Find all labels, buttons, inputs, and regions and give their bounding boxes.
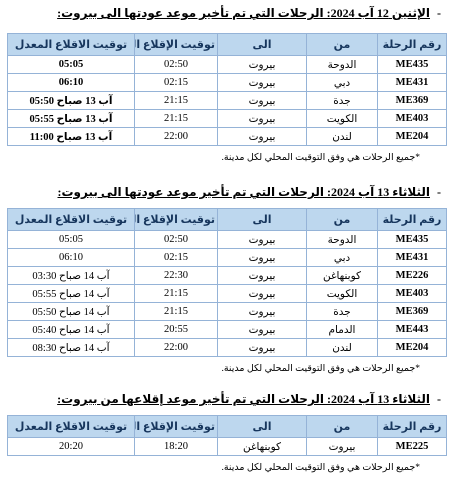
destination-cell: بيروت <box>218 339 307 357</box>
origin-cell: الكويت <box>307 285 378 303</box>
flight-number-cell: ME225 <box>378 438 447 456</box>
destination-cell: بيروت <box>218 74 307 92</box>
table-row: ME403الكويتبيروت21:15آب 14 صباح 05:55 <box>8 285 447 303</box>
flight-number-cell: ME369 <box>378 303 447 321</box>
section: -الإثنين 12 آب 2024: الرحلات التي تم تأخ… <box>0 6 450 164</box>
previous-time-cell: 02:15 <box>135 249 218 267</box>
previous-time-cell: 02:50 <box>135 231 218 249</box>
table-row: ME225بيروتكوبنهاغن18:2020:20 <box>8 438 447 456</box>
modified-time-cell: آب 14 صباح 08:30 <box>8 339 135 357</box>
destination-cell: بيروت <box>218 128 307 146</box>
modified-time-cell: آب 14 صباح 05:55 <box>8 285 135 303</box>
header-cell-modified-time: توقيت الاقلاع المعدل <box>8 34 135 56</box>
table-footnote: *جميع الرحلات هي وفق التوقيت المحلي لكل … <box>0 462 420 474</box>
modified-time-cell: آب 13 صباح 05:50 <box>8 92 135 110</box>
table-head: رقم الرحلةمنالىتوقيت الإقلاع السابقتوقيت… <box>8 209 447 231</box>
section-heading: -الثلاثاء 13 آب 2024: الرحلات التي تم تأ… <box>0 392 441 407</box>
table-row: ME435الدوحةبيروت02:5005:05 <box>8 56 447 74</box>
header-cell-destination: الى <box>218 209 307 231</box>
table-row: ME204لندنبيروت22:00آب 14 صباح 08:30 <box>8 339 447 357</box>
table-row: ME431دبيبيروت02:1506:10 <box>8 249 447 267</box>
flight-table: رقم الرحلةمنالىتوقيت الإقلاع السابقتوقيت… <box>7 33 447 146</box>
modified-time-cell: آب 14 صباح 05:40 <box>8 321 135 339</box>
previous-time-cell: 21:15 <box>135 92 218 110</box>
table-row: ME431دبيبيروت02:1506:10 <box>8 74 447 92</box>
table-row: ME204لندنبيروت22:00آب 13 صباح 11:00 <box>8 128 447 146</box>
origin-cell: لندن <box>307 128 378 146</box>
flight-number-cell: ME431 <box>378 74 447 92</box>
header-cell-flight-number: رقم الرحلة <box>378 34 447 56</box>
destination-cell: بيروت <box>218 303 307 321</box>
destination-cell: بيروت <box>218 231 307 249</box>
modified-time-cell: 20:20 <box>8 438 135 456</box>
modified-time-cell: آب 14 صباح 05:50 <box>8 303 135 321</box>
destination-cell: بيروت <box>218 92 307 110</box>
flight-number-cell: ME403 <box>378 110 447 128</box>
section-heading-text: الإثنين 12 آب 2024: الرحلات التي تم تأخي… <box>57 6 430 20</box>
header-cell-origin: من <box>307 416 378 438</box>
section-heading: -الإثنين 12 آب 2024: الرحلات التي تم تأخ… <box>0 6 441 21</box>
previous-time-cell: 21:15 <box>135 110 218 128</box>
previous-time-cell: 22:00 <box>135 128 218 146</box>
header-cell-destination: الى <box>218 34 307 56</box>
table-body: ME435الدوحةبيروت02:5005:05ME431دبيبيروت0… <box>8 56 447 146</box>
table-header-row: رقم الرحلةمنالىتوقيت الإقلاع السابقتوقيت… <box>8 209 447 231</box>
section: -الثلاثاء 13 آب 2024: الرحلات التي تم تأ… <box>0 185 450 375</box>
origin-cell: بيروت <box>307 438 378 456</box>
header-cell-origin: من <box>307 34 378 56</box>
previous-time-cell: 22:30 <box>135 267 218 285</box>
modified-time-cell: آب 13 صباح 11:00 <box>8 128 135 146</box>
flight-number-cell: ME435 <box>378 56 447 74</box>
section: -الثلاثاء 13 آب 2024: الرحلات التي تم تأ… <box>0 392 450 474</box>
previous-time-cell: 22:00 <box>135 339 218 357</box>
table-footnote: *جميع الرحلات هي وفق التوقيت المحلي لكل … <box>0 152 420 164</box>
previous-time-cell: 02:50 <box>135 56 218 74</box>
previous-time-cell: 21:15 <box>135 303 218 321</box>
flight-number-cell: ME435 <box>378 231 447 249</box>
origin-cell: لندن <box>307 339 378 357</box>
origin-cell: الكويت <box>307 110 378 128</box>
previous-time-cell: 21:15 <box>135 285 218 303</box>
header-cell-modified-time: توقيت الاقلاع المعدل <box>8 209 135 231</box>
header-cell-previous-time: توقيت الإقلاع السابق <box>135 34 218 56</box>
document-page: -الإثنين 12 آب 2024: الرحلات التي تم تأخ… <box>0 6 450 484</box>
origin-cell: الدوحة <box>307 56 378 74</box>
origin-cell: جدة <box>307 303 378 321</box>
previous-time-cell: 18:20 <box>135 438 218 456</box>
destination-cell: بيروت <box>218 110 307 128</box>
header-cell-previous-time: توقيت الإقلاع السابق <box>135 416 218 438</box>
table-header-row: رقم الرحلةمنالىتوقيت الإقلاع السابقتوقيت… <box>8 34 447 56</box>
table-row: ME369جدةبيروت21:15آب 13 صباح 05:50 <box>8 92 447 110</box>
destination-cell: بيروت <box>218 321 307 339</box>
destination-cell: بيروت <box>218 249 307 267</box>
destination-cell: بيروت <box>218 267 307 285</box>
previous-time-cell: 02:15 <box>135 74 218 92</box>
header-cell-previous-time: توقيت الإقلاع السابق <box>135 209 218 231</box>
destination-cell: بيروت <box>218 56 307 74</box>
header-cell-flight-number: رقم الرحلة <box>378 209 447 231</box>
flight-number-cell: ME403 <box>378 285 447 303</box>
flight-table: رقم الرحلةمنالىتوقيت الإقلاع السابقتوقيت… <box>7 208 447 357</box>
table-row: ME403الكويتبيروت21:15آب 13 صباح 05:55 <box>8 110 447 128</box>
flight-number-cell: ME369 <box>378 92 447 110</box>
section-heading: -الثلاثاء 13 آب 2024: الرحلات التي تم تأ… <box>0 185 441 200</box>
section-heading-text: الثلاثاء 13 آب 2024: الرحلات التي تم تأخ… <box>58 185 431 199</box>
header-cell-modified-time: توقيت الاقلاع المعدل <box>8 416 135 438</box>
modified-time-cell: 05:05 <box>8 56 135 74</box>
table-head: رقم الرحلةمنالىتوقيت الإقلاع السابقتوقيت… <box>8 416 447 438</box>
flight-number-cell: ME226 <box>378 267 447 285</box>
flight-number-cell: ME431 <box>378 249 447 267</box>
header-cell-flight-number: رقم الرحلة <box>378 416 447 438</box>
modified-time-cell: 06:10 <box>8 74 135 92</box>
header-cell-destination: الى <box>218 416 307 438</box>
table-row: ME369جدةبيروت21:15آب 14 صباح 05:50 <box>8 303 447 321</box>
table-header-row: رقم الرحلةمنالىتوقيت الإقلاع السابقتوقيت… <box>8 416 447 438</box>
origin-cell: الدوحة <box>307 231 378 249</box>
flight-number-cell: ME443 <box>378 321 447 339</box>
origin-cell: دبي <box>307 249 378 267</box>
flight-number-cell: ME204 <box>378 128 447 146</box>
section-heading-text: الثلاثاء 13 آب 2024: الرحلات التي تم تأخ… <box>57 392 430 406</box>
header-cell-origin: من <box>307 209 378 231</box>
destination-cell: كوبنهاغن <box>218 438 307 456</box>
previous-time-cell: 20:55 <box>135 321 218 339</box>
table-row: ME435الدوحةبيروت02:5005:05 <box>8 231 447 249</box>
table-head: رقم الرحلةمنالىتوقيت الإقلاع السابقتوقيت… <box>8 34 447 56</box>
table-body: ME225بيروتكوبنهاغن18:2020:20 <box>8 438 447 456</box>
flight-table: رقم الرحلةمنالىتوقيت الإقلاع السابقتوقيت… <box>7 415 447 456</box>
bullet-dash: - <box>437 185 441 200</box>
modified-time-cell: 06:10 <box>8 249 135 267</box>
table-footnote: *جميع الرحلات هي وفق التوقيت المحلي لكل … <box>0 363 420 375</box>
bullet-dash: - <box>437 392 441 407</box>
origin-cell: جدة <box>307 92 378 110</box>
origin-cell: كوبنهاغن <box>307 267 378 285</box>
table-row: ME443الدمامبيروت20:55آب 14 صباح 05:40 <box>8 321 447 339</box>
origin-cell: دبي <box>307 74 378 92</box>
modified-time-cell: آب 14 صباح 03:30 <box>8 267 135 285</box>
modified-time-cell: 05:05 <box>8 231 135 249</box>
destination-cell: بيروت <box>218 285 307 303</box>
table-body: ME435الدوحةبيروت02:5005:05ME431دبيبيروت0… <box>8 231 447 357</box>
flight-number-cell: ME204 <box>378 339 447 357</box>
bullet-dash: - <box>437 6 441 21</box>
modified-time-cell: آب 13 صباح 05:55 <box>8 110 135 128</box>
table-row: ME226كوبنهاغنبيروت22:30آب 14 صباح 03:30 <box>8 267 447 285</box>
origin-cell: الدمام <box>307 321 378 339</box>
